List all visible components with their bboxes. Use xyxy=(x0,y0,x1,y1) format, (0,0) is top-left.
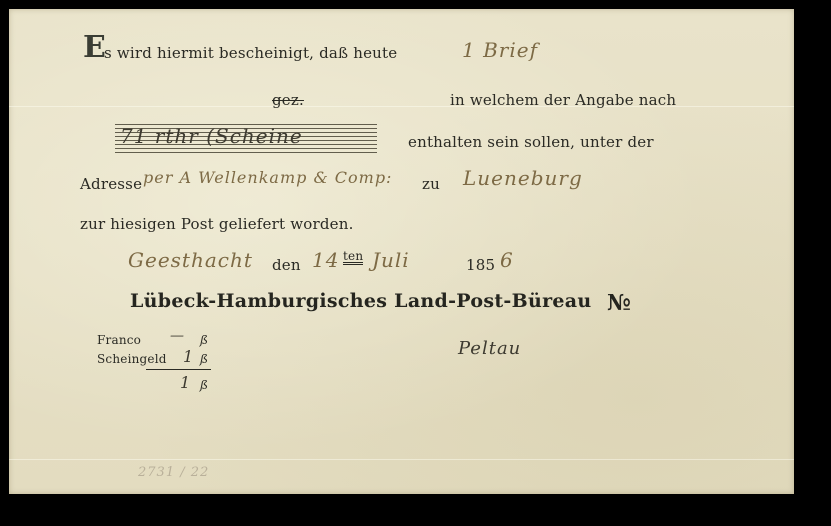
fold-line xyxy=(9,459,794,460)
clerk-signature: Peltau xyxy=(458,338,521,359)
handwritten-addressee: per A Wellenkamp & Comp: xyxy=(143,168,392,187)
address-label: Adresse xyxy=(80,175,142,193)
struck-word: gez. xyxy=(272,91,304,109)
handwritten-place: Geesthacht xyxy=(128,248,253,272)
connector-zu: zu xyxy=(422,175,440,193)
handwritten-month: Juli xyxy=(372,248,410,272)
printed-line-2: in welchem der Angabe nach xyxy=(450,91,676,109)
handwritten-contents: 71 rthr (Scheine xyxy=(120,124,303,148)
number-sign: № xyxy=(607,290,631,316)
handwritten-day: 14 xyxy=(312,248,339,272)
fee-total-value: 1 xyxy=(180,373,191,392)
fee-unit-franco: ß xyxy=(200,333,208,347)
day-suffix: ten xyxy=(343,250,363,265)
pencil-note: 2731 / 22 xyxy=(138,465,209,480)
fee-value-scheingeld: 1 xyxy=(183,347,194,366)
date-den: den xyxy=(272,256,301,274)
office-title: Lübeck-Hamburgisches Land-Post-Büreau xyxy=(130,290,592,312)
handwritten-item-count: 1 Brief xyxy=(462,38,538,62)
fold-line xyxy=(9,106,794,107)
fee-unit-scheingeld: ß xyxy=(200,352,208,366)
fee-total-rule xyxy=(146,369,211,370)
fee-label-scheingeld: Scheingeld xyxy=(97,352,167,366)
decorative-initial: E xyxy=(83,33,106,63)
handwritten-destination: Lueneburg xyxy=(463,166,583,190)
printed-line-1: s wird hiermit bescheinigt, daß heute xyxy=(104,44,397,62)
printed-line-3: enthalten sein sollen, unter der xyxy=(408,133,654,151)
fee-total-unit: ß xyxy=(200,378,208,392)
year-printed: 185 xyxy=(466,256,495,274)
fee-label-franco: Franco xyxy=(97,333,141,347)
fee-value-franco: — xyxy=(170,328,185,344)
year-handwritten: 6 xyxy=(500,248,514,272)
printed-line-5: zur hiesigen Post geliefert worden. xyxy=(80,215,354,233)
